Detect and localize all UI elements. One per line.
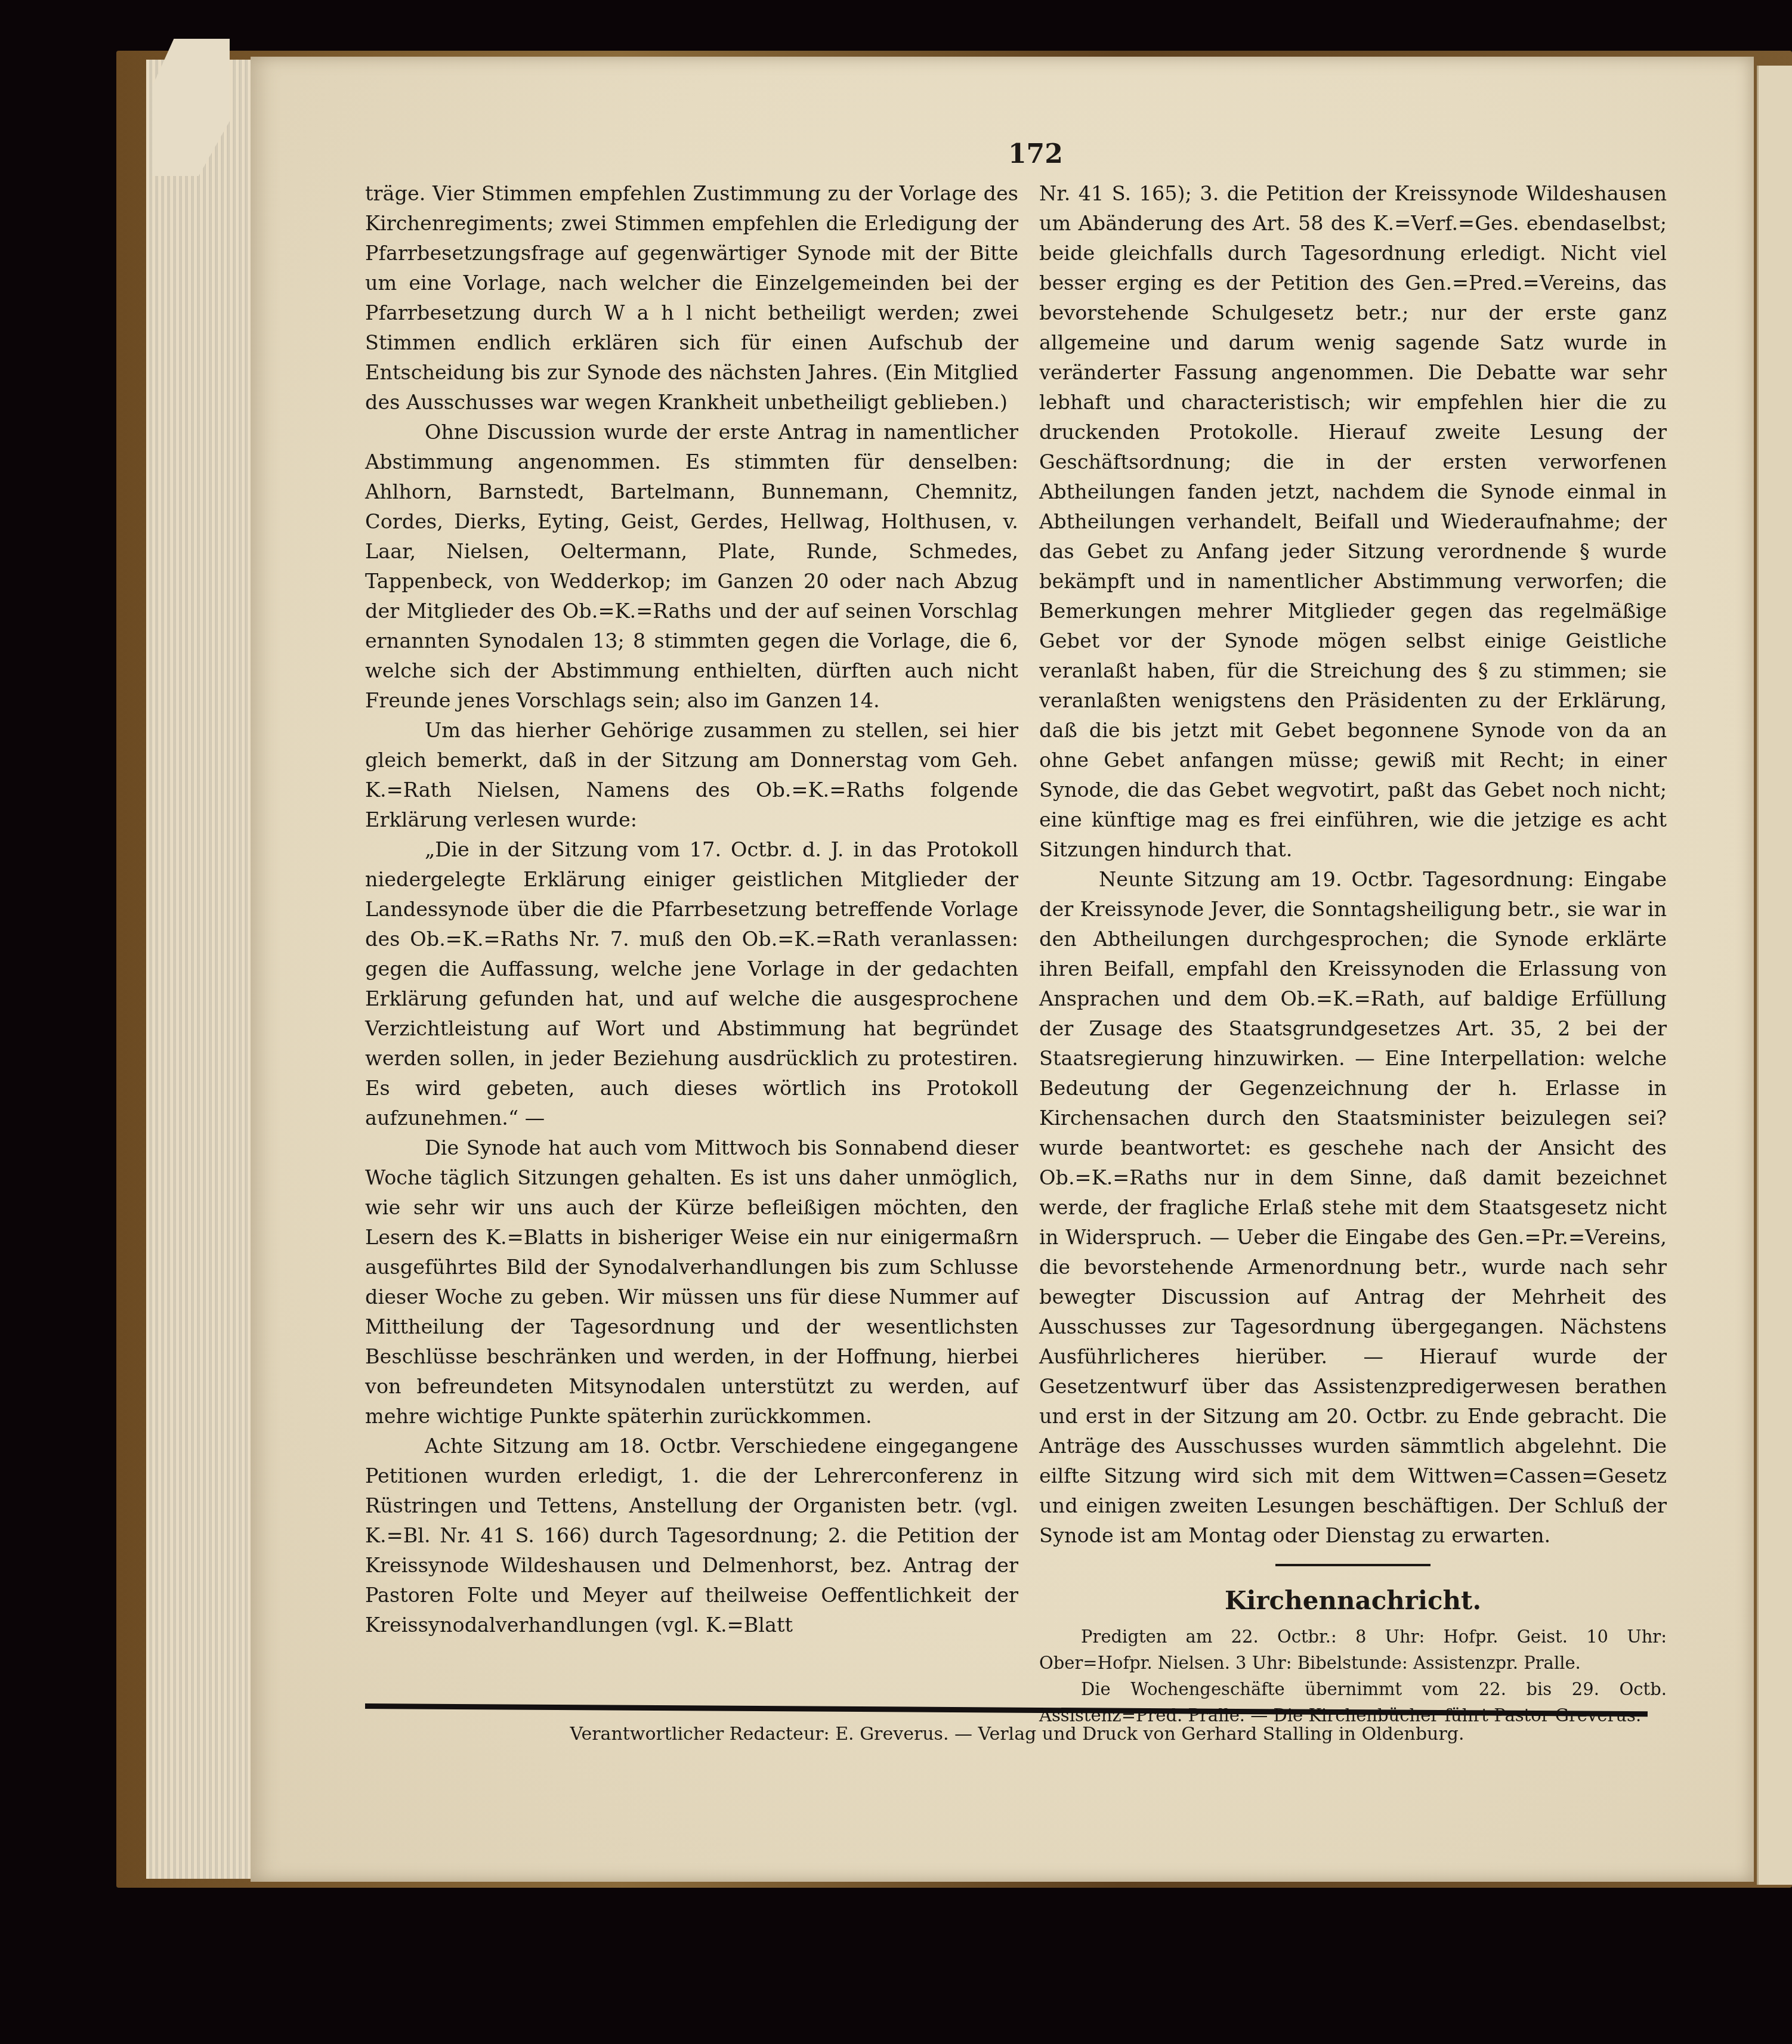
page-number: 172 — [1008, 139, 1063, 169]
paragraph: Die Synode hat auch vom Mittwoch bis Son… — [365, 1133, 1018, 1431]
quoted-declaration: „Die in der Sitzung vom 17. Octbr. d. J.… — [365, 835, 1018, 1133]
notice-paragraph: Predigten am 22. Octbr.: 8 Uhr: Hofpr. G… — [1039, 1624, 1667, 1676]
imprint-line: Verantwortlicher Redacteur: E. Greverus.… — [406, 1724, 1629, 1745]
paragraph: Nr. 41 S. 165); 3. die Petition der Krei… — [1039, 179, 1667, 865]
facing-page-edge — [1757, 66, 1792, 1885]
church-notice: Kirchennachricht. Predigten am 22. Octbr… — [1039, 1583, 1667, 1728]
paragraph: Neunte Sitzung am 19. Octbr. Tagesordnun… — [1039, 865, 1667, 1551]
left-column: träge. Vier Stimmen empfehlen Zustimmung… — [365, 179, 1018, 1640]
paragraph: Ohne Discussion wurde der erste Antrag i… — [365, 418, 1018, 716]
paragraph: Um das hierher Gehörige zusammen zu stel… — [365, 716, 1018, 835]
church-notice-title: Kirchennachricht. — [1039, 1583, 1667, 1619]
page-stack-edges — [146, 60, 265, 1879]
paragraph: Achte Sitzung am 18. Octbr. Verschiedene… — [365, 1431, 1018, 1640]
paragraph: träge. Vier Stimmen empfehlen Zustimmung… — [365, 179, 1018, 418]
notice-paragraph: Die Wochengeschäfte übernimmt vom 22. bi… — [1039, 1676, 1667, 1728]
section-divider — [1275, 1564, 1430, 1566]
right-column: Nr. 41 S. 165); 3. die Petition der Krei… — [1039, 179, 1667, 1728]
